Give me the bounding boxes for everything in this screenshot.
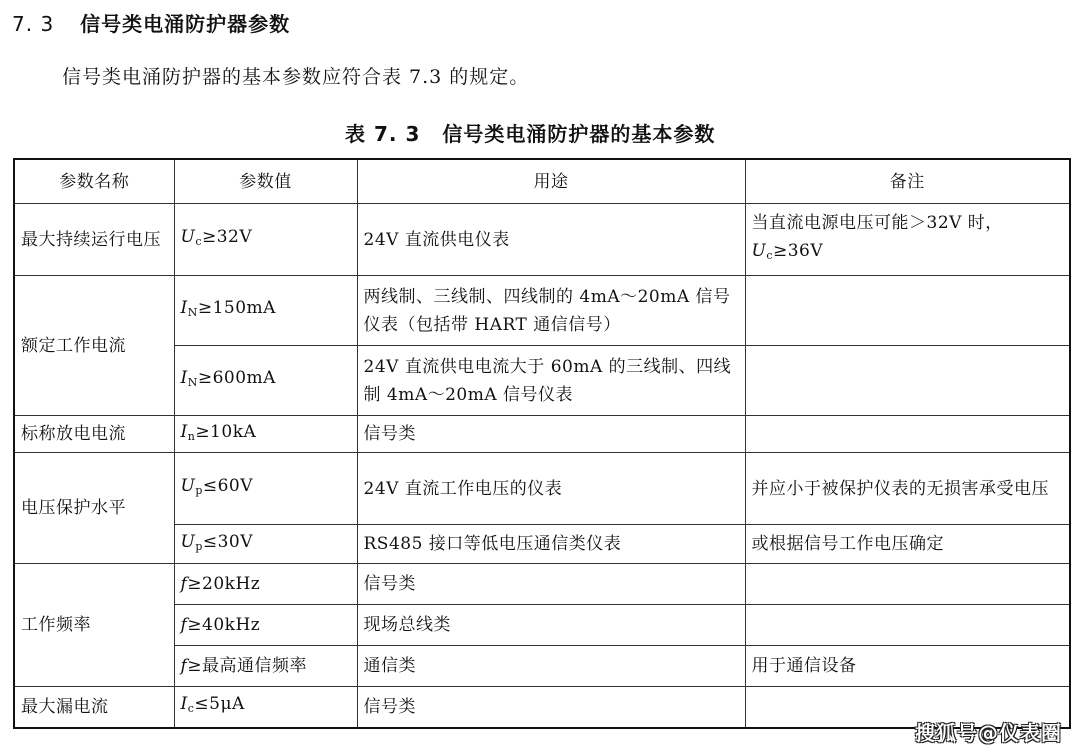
usage: 24V 直流供电电流大于 60mA 的三线制、四线制 4mA～20mA 信号仪表 xyxy=(357,346,745,416)
table-row: 最大持续运行电压 Uc≥32V 24V 直流供电仪表 当直流电源电压可能＞32V… xyxy=(14,204,1070,276)
param-value: f≥最高通信频率 xyxy=(174,646,357,687)
header-remark: 备注 xyxy=(745,159,1070,204)
header-param-name: 参数名称 xyxy=(14,159,174,204)
remark xyxy=(745,605,1070,646)
param-value: f≥40kHz xyxy=(174,605,357,646)
table-title: 信号类电涌防护器的基本参数 xyxy=(442,122,715,146)
usage: 通信类 xyxy=(357,646,745,687)
param-name: 额定工作电流 xyxy=(14,276,174,416)
watermark: 搜狐号@仪表圈 xyxy=(915,717,1062,746)
remark: 或根据信号工作电压确定 xyxy=(745,525,1070,564)
section-number: 7. 3 xyxy=(12,12,54,36)
param-value: Up≤60V xyxy=(174,453,357,525)
remark: 并应小于被保护仪表的无损害承受电压 xyxy=(745,453,1070,525)
intro-paragraph: 信号类电涌防护器的基本参数应符合表 7.3 的规定。 xyxy=(62,62,529,89)
table-row: 电压保护水平 Up≤60V 24V 直流工作电压的仪表 并应小于被保护仪表的无损… xyxy=(14,453,1070,525)
table-row: 标称放电电流 In≥10kA 信号类 xyxy=(14,416,1070,453)
remark xyxy=(745,416,1070,453)
table-row: 额定工作电流 IN≥150mA 两线制、三线制、四线制的 4mA～20mA 信号… xyxy=(14,276,1070,346)
section-title: 信号类电涌防护器参数 xyxy=(80,12,290,36)
header-param-value: 参数值 xyxy=(174,159,357,204)
usage: RS485 接口等低电压通信类仪表 xyxy=(357,525,745,564)
table-caption: 表 7. 3信号类电涌防护器的基本参数 xyxy=(345,118,715,147)
table-row: 工作频率 f≥20kHz 信号类 xyxy=(14,564,1070,605)
remark: 用于通信设备 xyxy=(745,646,1070,687)
usage: 24V 直流供电仪表 xyxy=(357,204,745,276)
usage: 24V 直流工作电压的仪表 xyxy=(357,453,745,525)
param-name: 标称放电电流 xyxy=(14,416,174,453)
param-value: Uc≥32V xyxy=(174,204,357,276)
param-value: IN≥150mA xyxy=(174,276,357,346)
param-value: f≥20kHz xyxy=(174,564,357,605)
usage: 信号类 xyxy=(357,416,745,453)
remark xyxy=(745,276,1070,346)
param-value: Up≤30V xyxy=(174,525,357,564)
table-header-row: 参数名称 参数值 用途 备注 xyxy=(14,159,1070,204)
param-value: Ic≤5μA xyxy=(174,687,357,728)
remark: 当直流电源电压可能＞32V 时，Uc≥36V xyxy=(745,204,1070,276)
param-value: IN≥600mA xyxy=(174,346,357,416)
param-name: 工作频率 xyxy=(14,564,174,687)
table-row: 最大漏电流 Ic≤5μA 信号类 xyxy=(14,687,1070,728)
param-name: 最大持续运行电压 xyxy=(14,204,174,276)
header-usage: 用途 xyxy=(357,159,745,204)
usage: 信号类 xyxy=(357,564,745,605)
param-name: 电压保护水平 xyxy=(14,453,174,564)
param-value: In≥10kA xyxy=(174,416,357,453)
section-heading: 7. 3信号类电涌防护器参数 xyxy=(12,8,290,37)
remark xyxy=(745,346,1070,416)
usage: 两线制、三线制、四线制的 4mA～20mA 信号仪表（包括带 HART 通信信号… xyxy=(357,276,745,346)
remark xyxy=(745,564,1070,605)
param-name: 最大漏电流 xyxy=(14,687,174,728)
usage: 现场总线类 xyxy=(357,605,745,646)
parameters-table: 参数名称 参数值 用途 备注 最大持续运行电压 Uc≥32V 24V 直流供电仪… xyxy=(13,158,1071,729)
table-number: 表 7. 3 xyxy=(345,122,420,146)
usage: 信号类 xyxy=(357,687,745,728)
